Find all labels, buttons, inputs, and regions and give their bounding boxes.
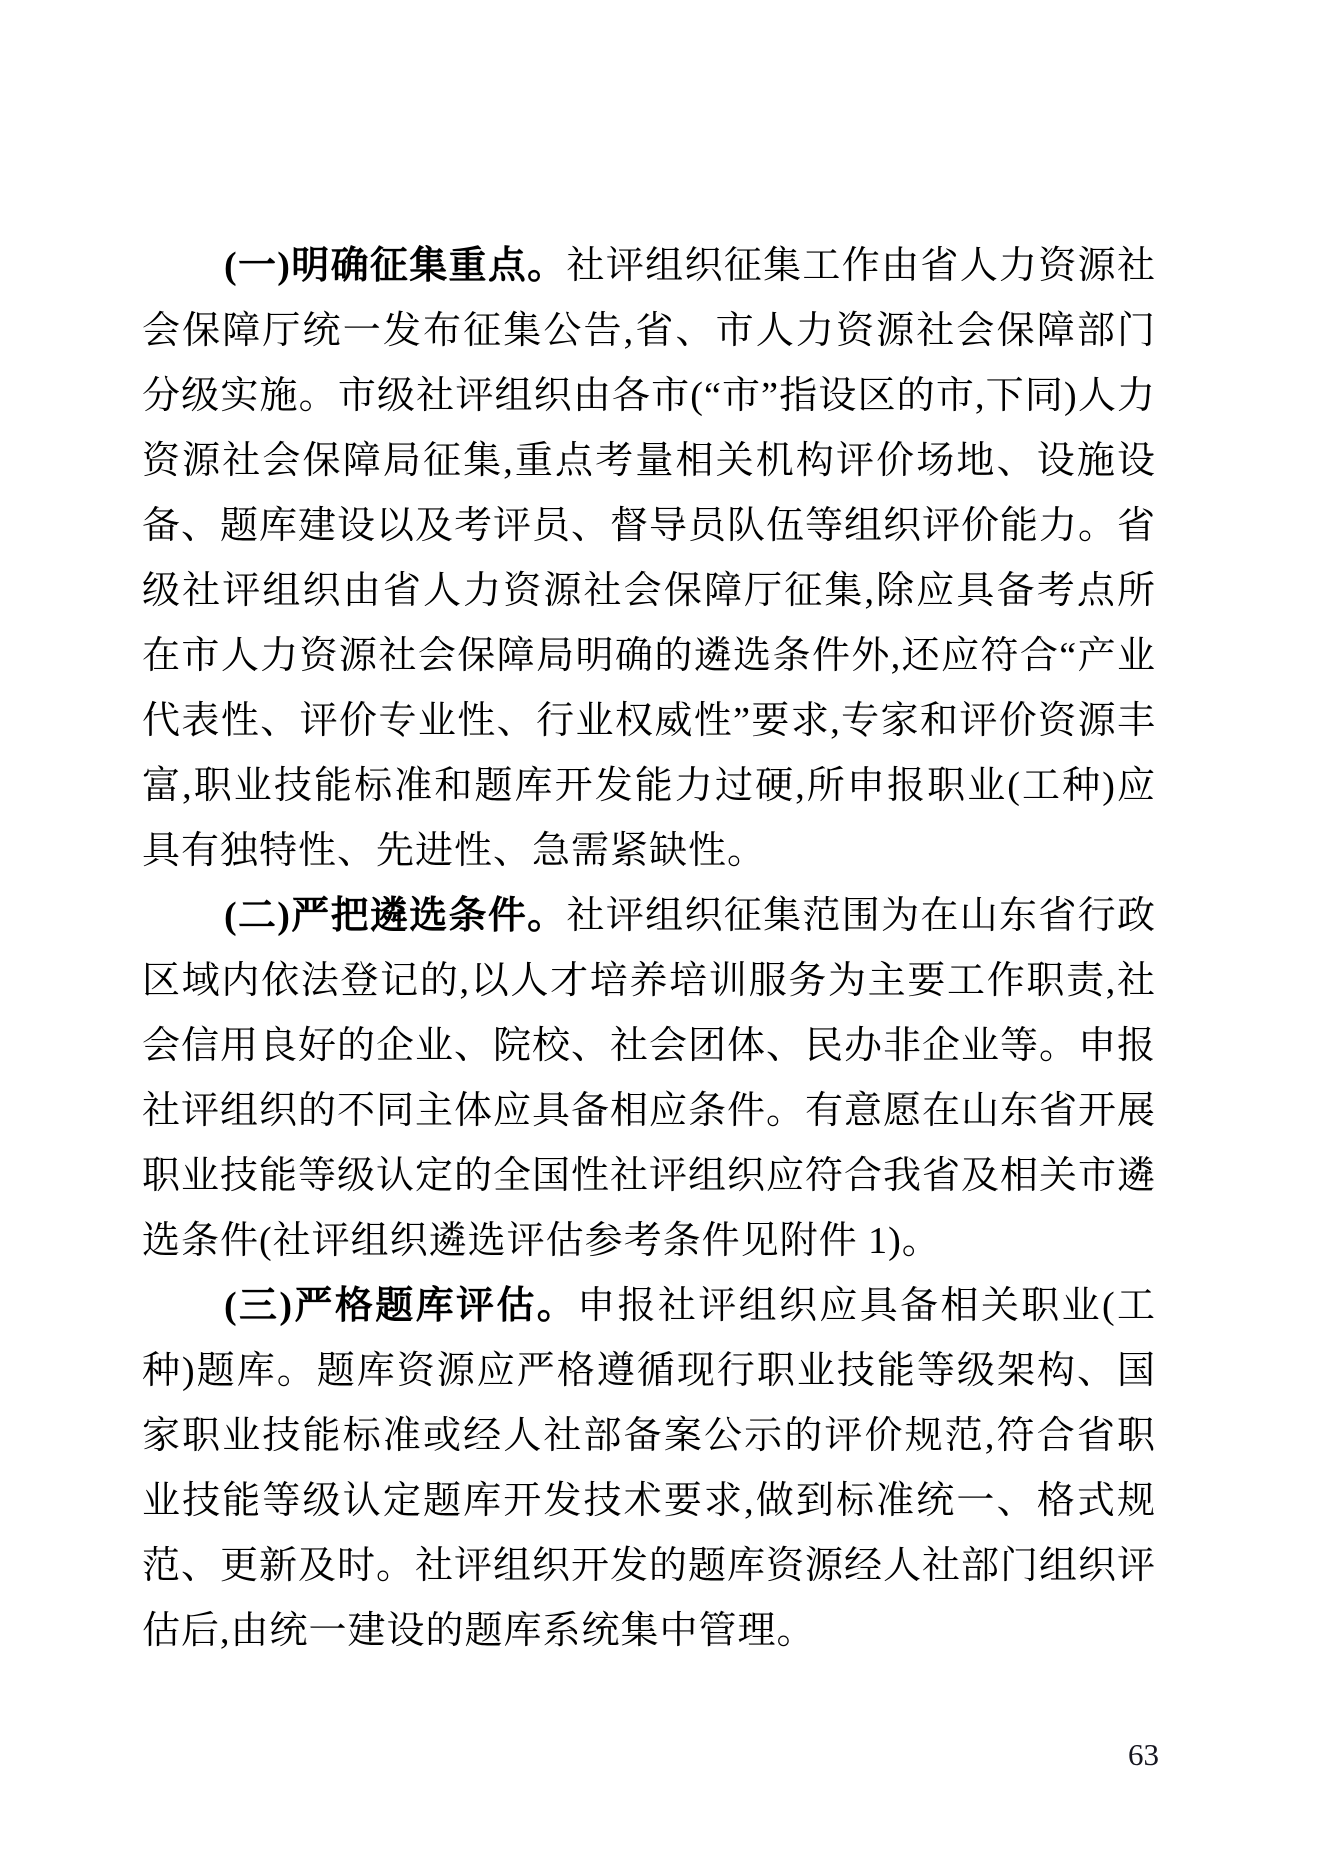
paragraph: (二)严把遴选条件。社评组织征集范围为在山东省行政区域内依法登记的,以人才培养培… xyxy=(142,884,1156,1274)
paragraph: (一)明确征集重点。社评组织征集工作由省人力资源社会保障厅统一发布征集公告,省、… xyxy=(142,234,1156,884)
paragraph-body: 申报社评组织应具备相关职业(工种)题库。题库资源应严格遵循现行职业技能等级架构、… xyxy=(142,1285,1156,1652)
paragraph-body: 社评组织征集工作由省人力资源社会保障厅统一发布征集公告,省、市人力资源社会保障部… xyxy=(142,245,1156,872)
paragraph-body: 社评组织征集范围为在山东省行政区域内依法登记的,以人才培养培训服务为主要工作职责… xyxy=(142,895,1156,1262)
document-page: (一)明确征集重点。社评组织征集工作由省人力资源社会保障厅统一发布征集公告,省、… xyxy=(0,0,1323,1871)
paragraph-heading: (三)严格题库评估。 xyxy=(224,1285,577,1327)
paragraph-heading: (一)明确征集重点。 xyxy=(224,245,567,287)
document-body: (一)明确征集重点。社评组织征集工作由省人力资源社会保障厅统一发布征集公告,省、… xyxy=(142,234,1156,1664)
page-number: 63 xyxy=(1128,1736,1159,1774)
paragraph: (三)严格题库评估。申报社评组织应具备相关职业(工种)题库。题库资源应严格遵循现… xyxy=(142,1274,1156,1664)
paragraph-heading: (二)严把遴选条件。 xyxy=(224,895,567,937)
